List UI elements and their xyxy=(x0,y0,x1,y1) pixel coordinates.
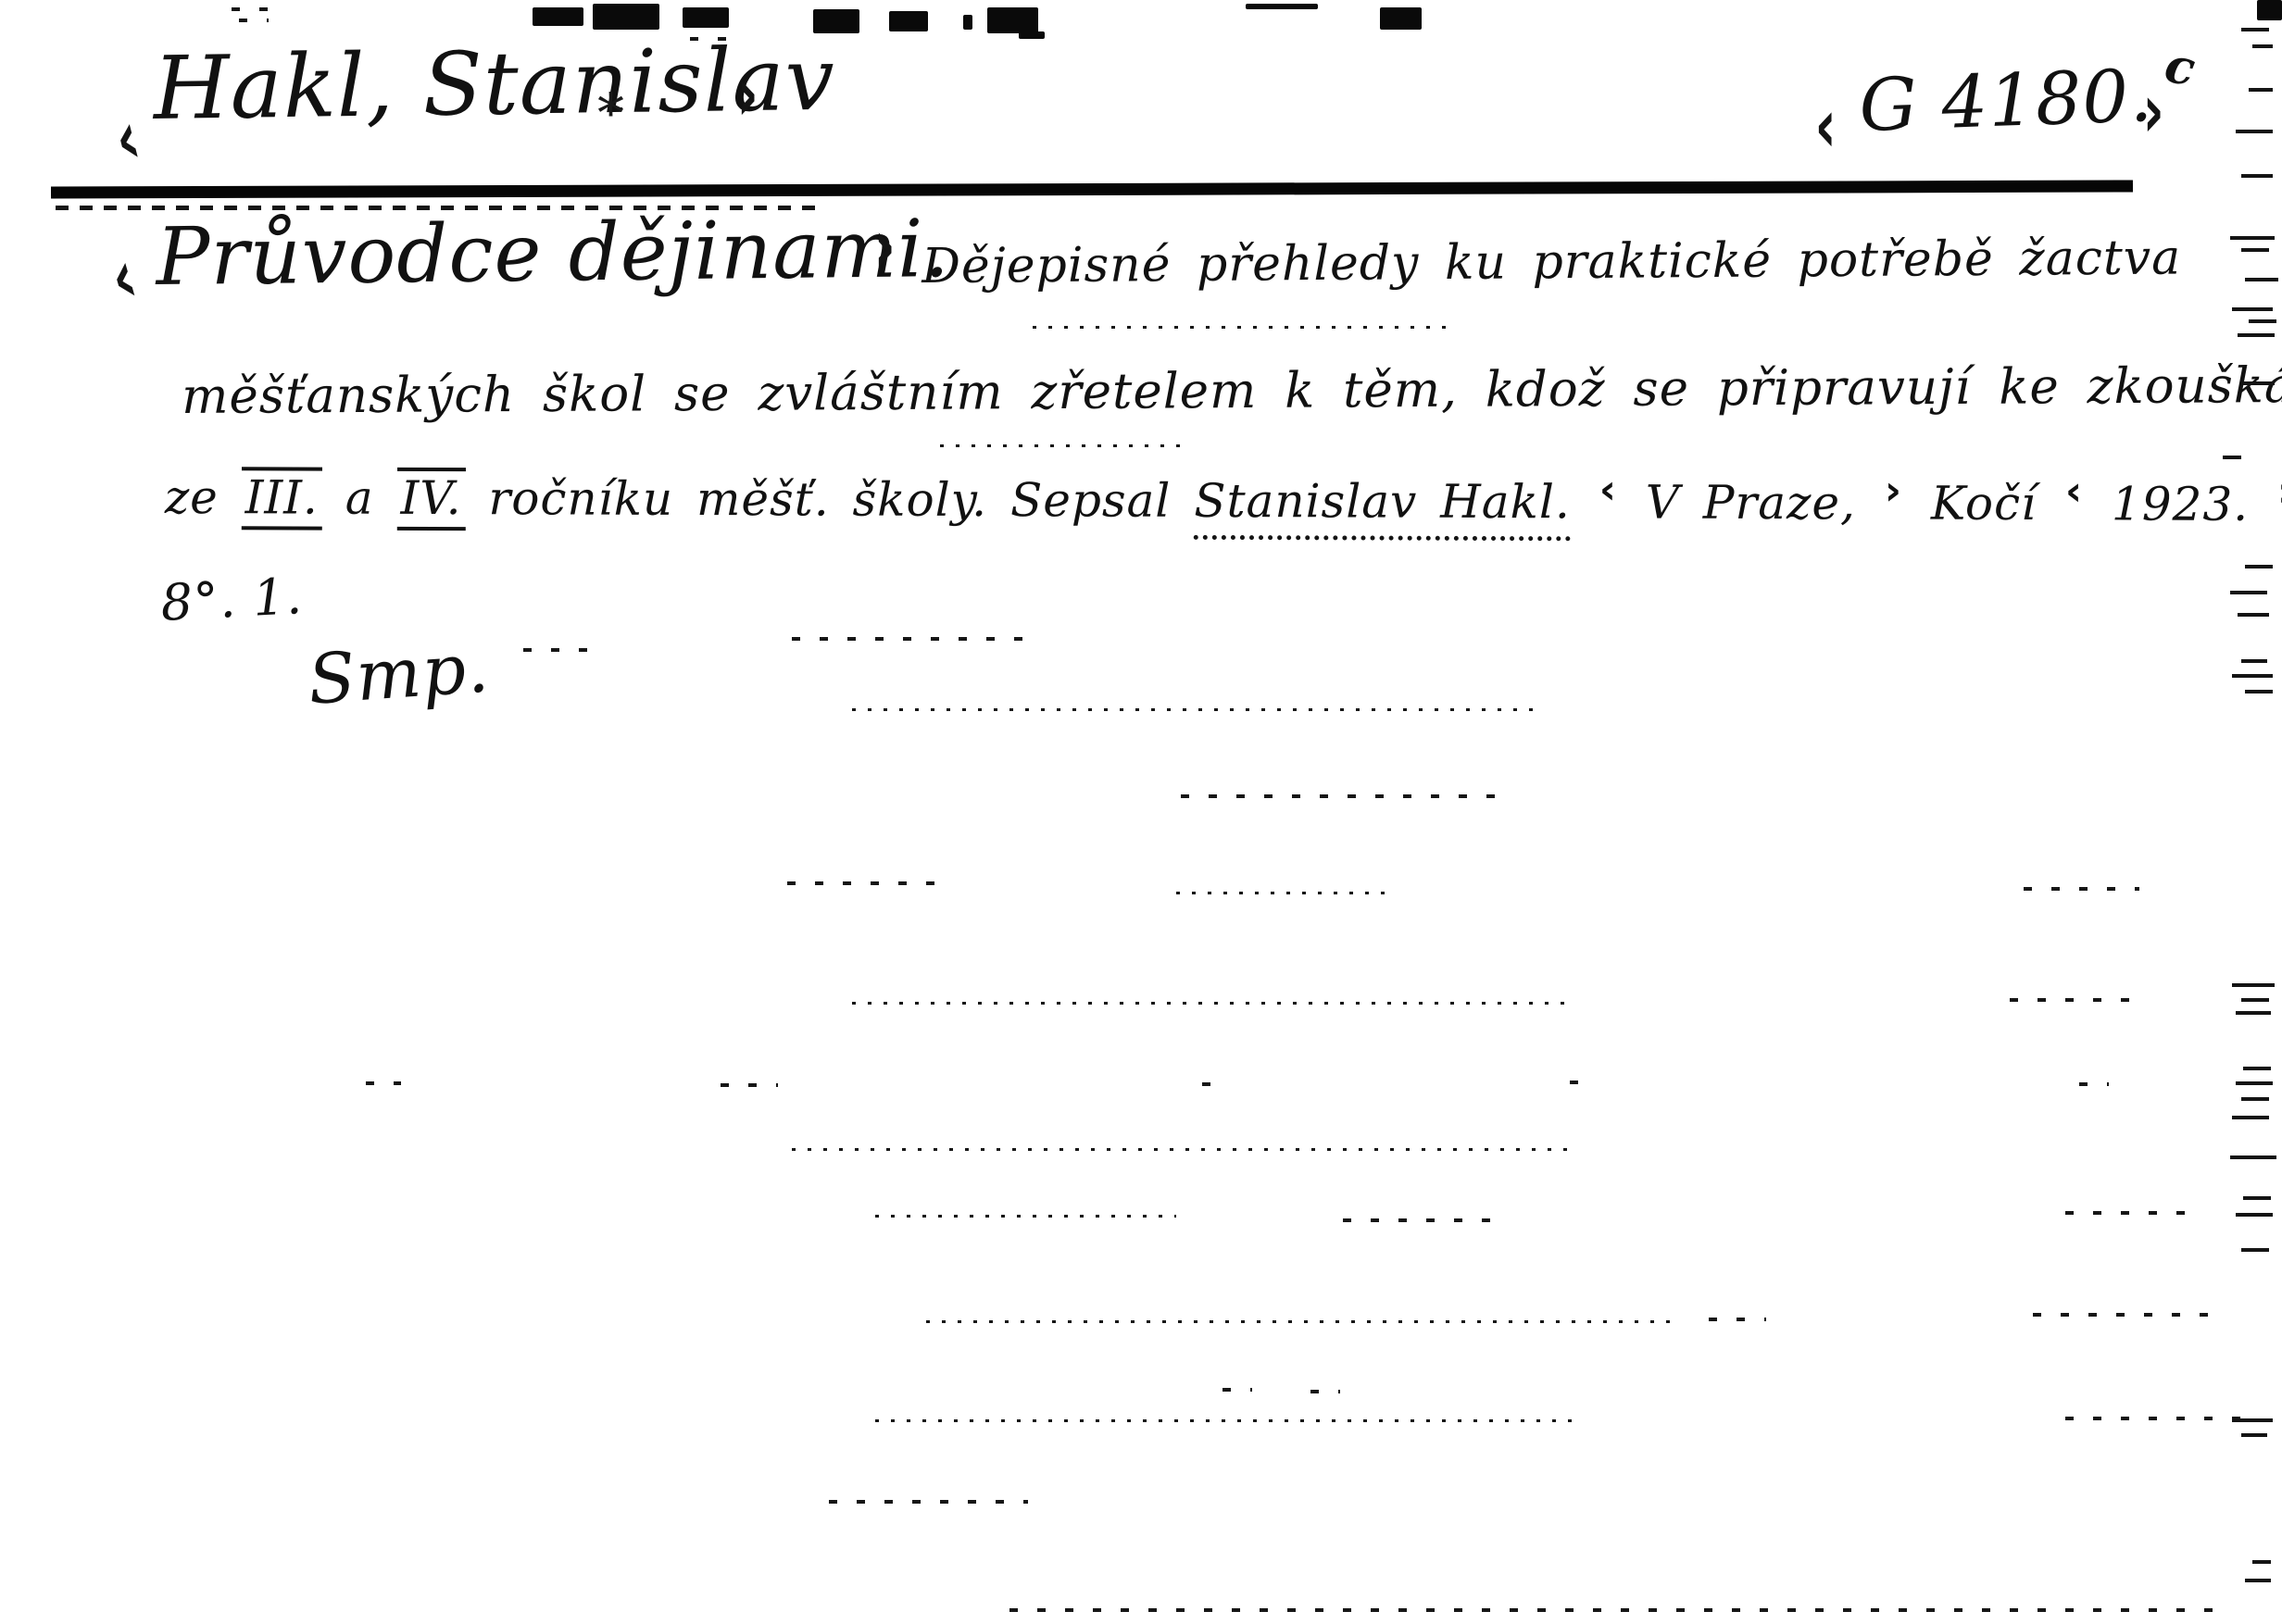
publisher-name: Kočí xyxy=(1931,477,2037,531)
scan-smudge-blob xyxy=(2257,0,2282,20)
scan-noise-row xyxy=(1202,1082,1228,1086)
scan-noise-row xyxy=(1009,1608,2227,1612)
edge-bleed-dash xyxy=(2241,1433,2267,1437)
scan-noise-row xyxy=(926,1320,1681,1323)
edge-bleed-dash xyxy=(2238,333,2275,337)
edge-bleed-dash xyxy=(2245,565,2273,568)
edge-bleed-dash xyxy=(2230,591,2267,594)
edge-bleed-dash xyxy=(2243,381,2275,385)
edge-bleed-dash xyxy=(2223,456,2241,459)
edge-bleed-dash xyxy=(2241,28,2269,31)
scan-noise-row xyxy=(1033,326,1449,329)
scan-noise-row xyxy=(1709,1318,1766,1321)
scan-smudge-blob xyxy=(987,7,1038,33)
edge-bleed-dash xyxy=(2241,174,2273,178)
edge-bleed-dash xyxy=(2252,1560,2271,1564)
scan-noise-row xyxy=(2079,1082,2109,1086)
insertion-mark-before-title: ‹ xyxy=(101,232,146,322)
line3-rest: ročníku měšť. školy. xyxy=(488,471,987,527)
scan-noise-row xyxy=(232,7,273,11)
line3-prefix: ze xyxy=(165,470,219,524)
scan-smudge-blob xyxy=(1019,31,1045,39)
edge-bleed-dash xyxy=(2232,1418,2273,1422)
edge-bleed-dash xyxy=(2236,1081,2273,1085)
librarian-initials: Smp. xyxy=(306,628,492,719)
scan-noise-row xyxy=(875,1215,1176,1218)
scan-smudge-blob xyxy=(683,7,729,28)
scan-noise-row xyxy=(239,19,269,22)
catalog-card-scan: ‹ Hakl, Stanislav * › ‹ G 4180. › c ‹ Pr… xyxy=(0,0,2282,1624)
scan-noise-row xyxy=(1176,892,1394,894)
scan-noise-row xyxy=(787,881,940,885)
scan-noise-row xyxy=(1310,1390,1340,1393)
edge-bleed-dash xyxy=(2232,674,2273,678)
call-number: G 4180. xyxy=(1858,55,2154,148)
publication-year: 1923. xyxy=(2112,477,2249,531)
insertion-mark-after-year: › xyxy=(2272,468,2282,516)
scan-noise-row xyxy=(2010,998,2144,1002)
edge-bleed-dash xyxy=(2241,1248,2269,1252)
line3-sepsal: Sepsal xyxy=(1010,473,1172,528)
body-line-2: měšťanských škol se zvláštním zřetelem k… xyxy=(182,357,2282,425)
edge-bleed-dash xyxy=(2232,307,2273,311)
scan-noise-row xyxy=(1222,1388,1252,1392)
heading-rule xyxy=(51,180,2133,198)
scan-smudge-blob xyxy=(593,4,659,30)
scan-noise-row xyxy=(2024,887,2139,891)
edge-bleed-dash xyxy=(2249,88,2273,92)
edge-bleed-dash xyxy=(2241,248,2269,252)
scan-noise-row xyxy=(940,444,1185,447)
edge-bleed-dash xyxy=(2238,613,2269,617)
line3-conjunction: a xyxy=(345,471,374,525)
edge-bleed-dash xyxy=(2236,130,2273,133)
edge-bleed-dash xyxy=(2245,278,2278,281)
edge-bleed-dash xyxy=(2232,983,2275,987)
format-note: 8°. 1. xyxy=(159,567,304,632)
scan-smudge-blob xyxy=(1246,4,1318,9)
edge-bleed-dash xyxy=(2243,1067,2271,1070)
scan-smudge-blob xyxy=(813,9,859,33)
edge-bleed-dash xyxy=(2252,44,2273,48)
edge-bleed-dash xyxy=(2241,1097,2269,1101)
insertion-mark-before-call-number: ‹ xyxy=(1814,81,1836,169)
edge-bleed-dash xyxy=(2245,690,2273,693)
insertion-mark-after-title: › xyxy=(873,202,895,290)
edge-bleed-dash xyxy=(2230,1156,2276,1159)
scan-noise-row xyxy=(2065,1417,2246,1420)
roman-numeral-iv: IV. xyxy=(396,468,465,531)
title-handwritten: Průvodce dějinami. xyxy=(156,203,950,304)
body-line-3: ze III. a IV. ročníku měšť. školy. Sepsa… xyxy=(165,470,2282,531)
edge-bleed-dash xyxy=(2232,1116,2269,1119)
scan-noise-row xyxy=(56,206,824,210)
scan-noise-row xyxy=(366,1081,401,1085)
scan-noise-row xyxy=(792,1148,1570,1151)
author-heading: Hakl, Stanislav xyxy=(153,30,836,140)
scan-noise-row xyxy=(875,1419,1584,1422)
insertion-mark-before-place: ‹ xyxy=(1594,466,1623,513)
scan-smudge-blob xyxy=(963,15,972,30)
scan-noise-row xyxy=(852,708,1542,711)
author-name-underlined: Stanislav Hakl. xyxy=(1194,474,1571,541)
scan-noise-row xyxy=(523,648,602,652)
edge-bleed-dash xyxy=(2241,659,2267,663)
edge-bleed-dash xyxy=(2241,998,2269,1002)
scan-noise-row xyxy=(829,1500,1028,1504)
scan-noise-row xyxy=(690,37,732,41)
scan-noise-row xyxy=(792,637,1028,641)
edge-bleed-dash xyxy=(2243,1196,2271,1200)
insertion-mark-after-place: › xyxy=(1879,467,1908,514)
stray-pen-mark: c xyxy=(2161,37,2200,98)
subtitle-line: Dějepisné přehledy ku praktické potřebě … xyxy=(922,231,2181,294)
scan-smudge-blob xyxy=(889,11,928,31)
insertion-mark-before-author: ‹ xyxy=(106,94,148,183)
insertion-mark-before-year: ‹ xyxy=(2060,468,2088,515)
scan-noise-row xyxy=(1343,1218,1496,1222)
insertion-mark-after-call-number: › xyxy=(2142,67,2163,155)
scan-noise-row xyxy=(1570,1081,1598,1084)
publication-place: V Praze, xyxy=(1646,476,1856,531)
ink-blot-star: * xyxy=(597,81,624,144)
scan-noise-row xyxy=(2033,1313,2227,1317)
edge-bleed-dash xyxy=(2249,319,2276,323)
edge-bleed-dash xyxy=(2236,1011,2271,1015)
scan-noise-row xyxy=(721,1083,778,1087)
edge-bleed-dash xyxy=(2245,1579,2271,1582)
scan-noise-row xyxy=(2065,1211,2190,1215)
roman-numeral-iii: III. xyxy=(242,467,322,530)
edge-bleed-dash xyxy=(2230,236,2275,240)
scan-noise-row xyxy=(852,1002,1570,1005)
insertion-mark-after-author: › xyxy=(736,50,758,138)
edge-bleed-dash xyxy=(2236,1213,2273,1217)
scan-smudge-blob xyxy=(1380,7,1422,30)
scan-noise-row xyxy=(1181,794,1500,798)
scan-smudge-blob xyxy=(533,7,583,26)
